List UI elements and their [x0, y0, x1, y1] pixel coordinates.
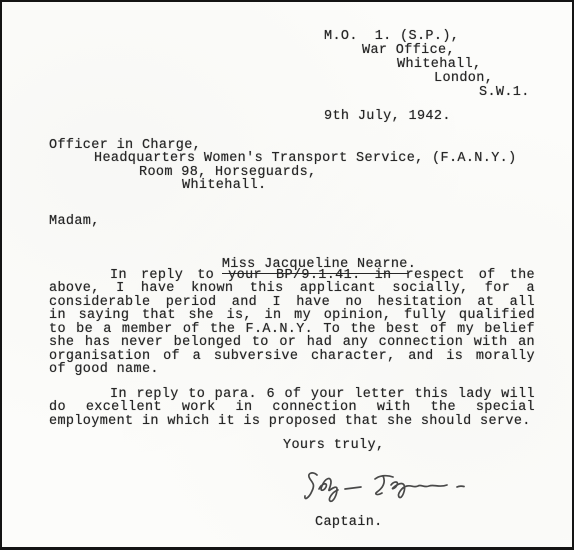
body-line: employment in which it is proposed that …	[49, 415, 535, 428]
letterhead-line: M.O. 1. (S.P.),	[324, 30, 530, 44]
signature-ink	[301, 471, 513, 515]
recipient-address: Officer in Charge, Headquarters Women's …	[49, 139, 517, 193]
signer-title: Captain.	[315, 516, 383, 530]
body-line: in saying that she is, in my opinion, fu…	[49, 309, 535, 322]
letter-scan: M.O. 1. (S.P.), War Office, Whitehall, L…	[0, 0, 574, 550]
body-paragraph-2: In reply to para. 6 of your letter this …	[49, 388, 535, 428]
body-paragraph-1: In reply to your BP/9.1.41. in respect o…	[49, 269, 535, 377]
recipient-line: Whitehall.	[49, 179, 517, 192]
letterhead-line: War Office,	[324, 44, 530, 58]
body-line: organisation of a subversive character, …	[49, 350, 535, 363]
letterhead-line: London,	[324, 72, 530, 86]
body-line: to be a member of the F.A.N.Y. To the be…	[49, 323, 535, 336]
body-line: above, I have known this applicant socia…	[49, 282, 535, 295]
recipient-line: Officer in Charge,	[49, 139, 517, 152]
body-line: In reply to para. 6 of your letter this …	[49, 388, 535, 401]
letter-date: 9th July, 1942.	[324, 110, 451, 124]
signature	[301, 471, 513, 515]
recipient-line: Headquarters Women's Transport Service, …	[49, 152, 517, 165]
letterhead-line: S.W.1.	[324, 86, 530, 100]
salutation: Madam,	[49, 215, 100, 229]
body-line: of good name.	[49, 363, 535, 376]
letterhead-line: Whitehall,	[324, 58, 530, 72]
body-line: she has never belonged to or had any con…	[49, 336, 535, 349]
body-line: do excellent work in connection with the…	[49, 401, 535, 414]
body-line: considerable period and I have no hesita…	[49, 296, 535, 309]
valediction: Yours truly,	[283, 439, 384, 453]
body-line: In reply to your BP/9.1.41. in respect o…	[49, 269, 535, 282]
recipient-line: Room 98, Horseguards,	[49, 166, 517, 179]
letterhead-address: M.O. 1. (S.P.), War Office, Whitehall, L…	[324, 30, 530, 100]
